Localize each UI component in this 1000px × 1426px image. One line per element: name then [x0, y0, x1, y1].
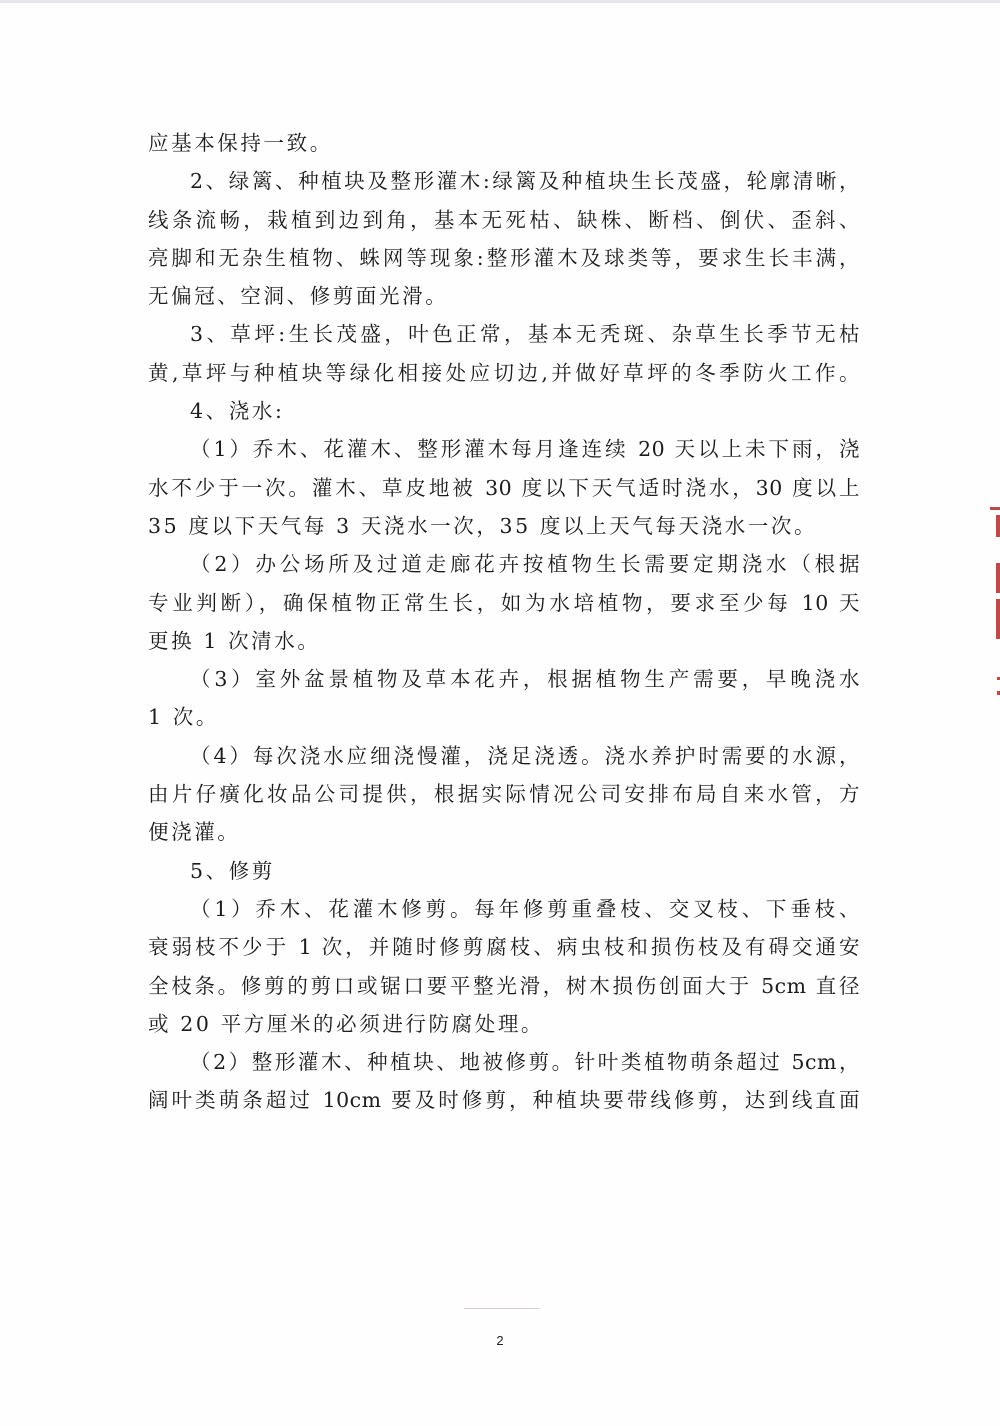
text-line: 亮脚和无杂生植物、蛛网等现象:整形灌木及球类等，要求生长丰满，: [148, 239, 860, 277]
text-line: 无偏冠、空洞、修剪面光滑。: [148, 277, 860, 315]
section-heading: 4、浇水:: [148, 392, 860, 430]
text-line: 黄,草坪与种植块等绿化相接处应切边,并做好草坪的冬季防火工作。: [148, 354, 860, 392]
scan-top-edge: [0, 0, 1000, 3]
text-line: 35 度以下天气每 3 天浇水一次，35 度以上天气每天浇水一次。: [148, 507, 860, 545]
text-line: 专业判断），确保植物正常生长，如为水培植物，要求至少每 10 天: [148, 584, 860, 622]
document-body: 应基本保持一致。 2、绿篱、种植块及整形灌木:绿篱及种植块生长茂盛，轮廓清晰， …: [148, 124, 860, 1120]
footer-divider: [464, 1308, 540, 1309]
subsection-line: （2）办公场所及过道走廊花卉按植物生长需要定期浇水（根据: [148, 545, 860, 583]
subsection-line: （2）整形灌木、种植块、地被修剪。针叶类植物萌条超过 5cm，: [148, 1043, 860, 1081]
section-heading: 5、修剪: [148, 852, 860, 890]
text-line: 或 20 平方厘米的必须进行防腐处理。: [148, 1005, 860, 1043]
text-line: 便浇灌。: [148, 813, 860, 851]
subsection-line: （1）乔木、花灌木修剪。每年修剪重叠枝、交叉枝、下垂枝、: [148, 890, 860, 928]
subsection-line: （3）室外盆景植物及草本花卉，根据植物生产需要，早晚浇水: [148, 660, 860, 698]
seal-stamp-fragment: [988, 507, 1000, 707]
text-line: 更换 1 次清水。: [148, 622, 860, 660]
text-line: 水不少于一次。灌木、草皮地被 30 度以下天气适时浇水，30 度以上: [148, 469, 860, 507]
text-line: 1 次。: [148, 698, 860, 736]
text-line: 线条流畅，栽植到边到角，基本无死枯、缺株、断档、倒伏、歪斜、: [148, 201, 860, 239]
text-line: 应基本保持一致。: [148, 124, 860, 162]
subsection-line: （4）每次浇水应细浇慢灌，浇足浇透。浇水养护时需要的水源，: [148, 737, 860, 775]
text-line: 由片仔癀化妆品公司提供，根据实际情况公司安排布局自来水管，方: [148, 775, 860, 813]
text-line: 衰弱枝不少于 1 次，并随时修剪腐枝、病虫枝和损伤枝及有碍交通安: [148, 928, 860, 966]
document-page: 应基本保持一致。 2、绿篱、种植块及整形灌木:绿篱及种植块生长茂盛，轮廓清晰， …: [0, 0, 1000, 1426]
section-heading-line: 2、绿篱、种植块及整形灌木:绿篱及种植块生长茂盛，轮廓清晰，: [148, 162, 860, 200]
text-line: 阔叶类萌条超过 10cm 要及时修剪，种植块要带线修剪，达到线直面: [148, 1081, 860, 1119]
section-heading-line: 3、草坪:生长茂盛，叶色正常，基本无秃斑、杂草生长季节无枯: [148, 315, 860, 353]
page-number: 2: [490, 1333, 510, 1348]
subsection-line: （1）乔木、花灌木、整形灌木每月逢连续 20 天以上未下雨，浇: [148, 430, 860, 468]
text-line: 全枝条。修剪的剪口或锯口要平整光滑，树木损伤创面大于 5cm 直径: [148, 967, 860, 1005]
